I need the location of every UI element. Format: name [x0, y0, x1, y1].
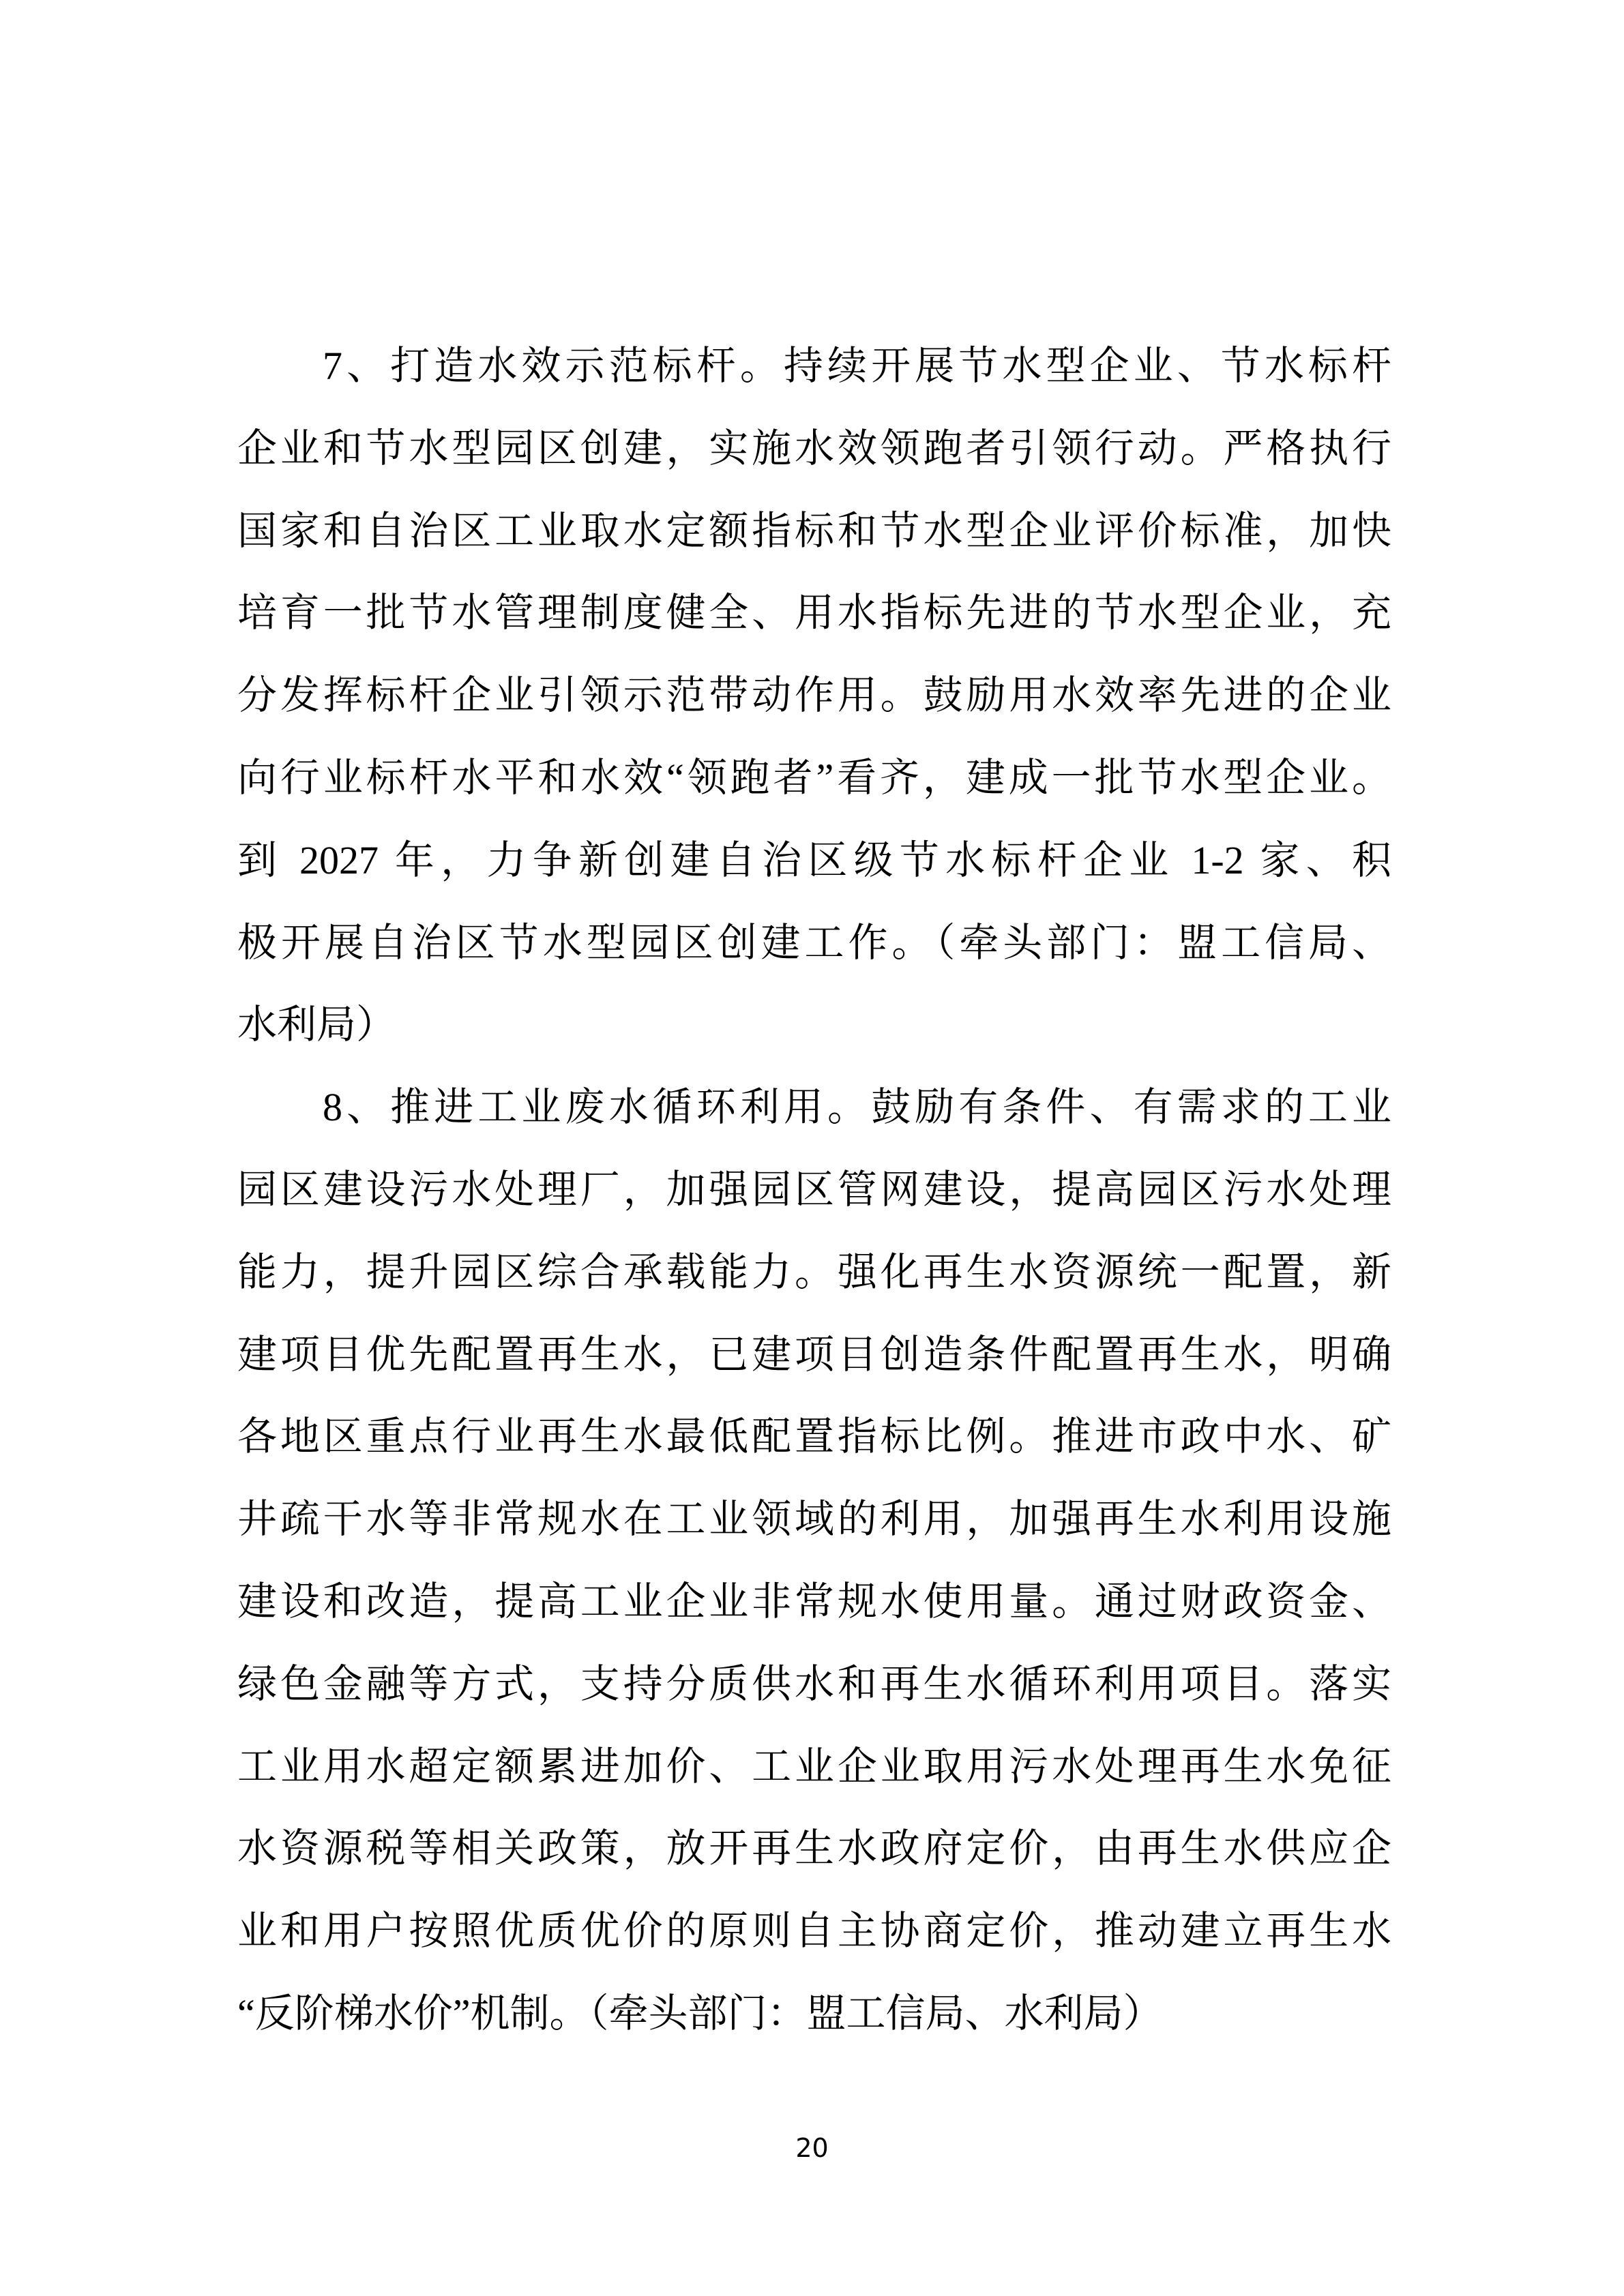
text-line: 建项目优先配置再生水，已建项目创造条件配置再生水，明确 [237, 1314, 1391, 1397]
paragraph-8: 8、推进工业废水循环利用。鼓励有条件、有需求的工业 园区建设污水处理厂，加强园区… [237, 1067, 1391, 2055]
text-line: 井疏干水等非常规水在工业领域的利用，加强再生水利用设施 [237, 1478, 1391, 1561]
text-line: “反阶梯水价”机制。（牵头部门：盟工信局、水利局） [237, 1973, 1391, 2055]
text-line: 极开展自治区节水型园区创建工作。（牵头部门：盟工信局、 [237, 902, 1391, 985]
text-line: 分发挥标杆企业引领示范带动作用。鼓励用水效率先进的企业 [237, 655, 1391, 737]
text-line: 绿色金融等方式，支持分质供水和再生水循环利用项目。落实 [237, 1643, 1391, 1726]
text-line: 国家和自治区工业取水定额指标和节水型企业评价标准，加快 [237, 490, 1391, 573]
paragraph-7: 7、打造水效示范标杆。持续开展节水型企业、节水标杆 企业和节水型园区创建，实施水… [237, 325, 1391, 1067]
text-line: 7、打造水效示范标杆。持续开展节水型企业、节水标杆 [237, 325, 1391, 408]
text-line: 业和用户按照优质优价的原则自主协商定价，推动建立再生水 [237, 1890, 1391, 1973]
text-line: 到 2027 年，力争新创建自治区级节水标杆企业 1-2 家、积 [237, 820, 1391, 902]
text-line: 水利局） [237, 984, 1391, 1067]
text-line: 培育一批节水管理制度健全、用水指标先进的节水型企业，充 [237, 572, 1391, 655]
document-page: 7、打造水效示范标杆。持续开展节水型企业、节水标杆 企业和节水型园区创建，实施水… [0, 0, 1624, 2296]
text-line: 各地区重点行业再生水最低配置指标比例。推进市政中水、矿 [237, 1396, 1391, 1478]
text-line: 水资源税等相关政策，放开再生水政府定价，由再生水供应企 [237, 1808, 1391, 1890]
text-line: 企业和节水型园区创建，实施水效领跑者引领行动。严格执行 [237, 408, 1391, 490]
body-text: 7、打造水效示范标杆。持续开展节水型企业、节水标杆 企业和节水型园区创建，实施水… [237, 325, 1391, 2055]
page-number: 20 [0, 2133, 1624, 2163]
text-line: 建设和改造，提高工业企业非常规水使用量。通过财政资金、 [237, 1561, 1391, 1643]
text-line: 能力，提升园区综合承载能力。强化再生水资源统一配置，新 [237, 1232, 1391, 1314]
text-line: 园区建设污水处理厂，加强园区管网建设，提高园区污水处理 [237, 1149, 1391, 1232]
text-line: 向行业标杆水平和水效“领跑者”看齐，建成一批节水型企业。 [237, 737, 1391, 820]
text-line: 工业用水超定额累进加价、工业企业取用污水处理再生水免征 [237, 1726, 1391, 1808]
text-line: 8、推进工业废水循环利用。鼓励有条件、有需求的工业 [237, 1067, 1391, 1149]
